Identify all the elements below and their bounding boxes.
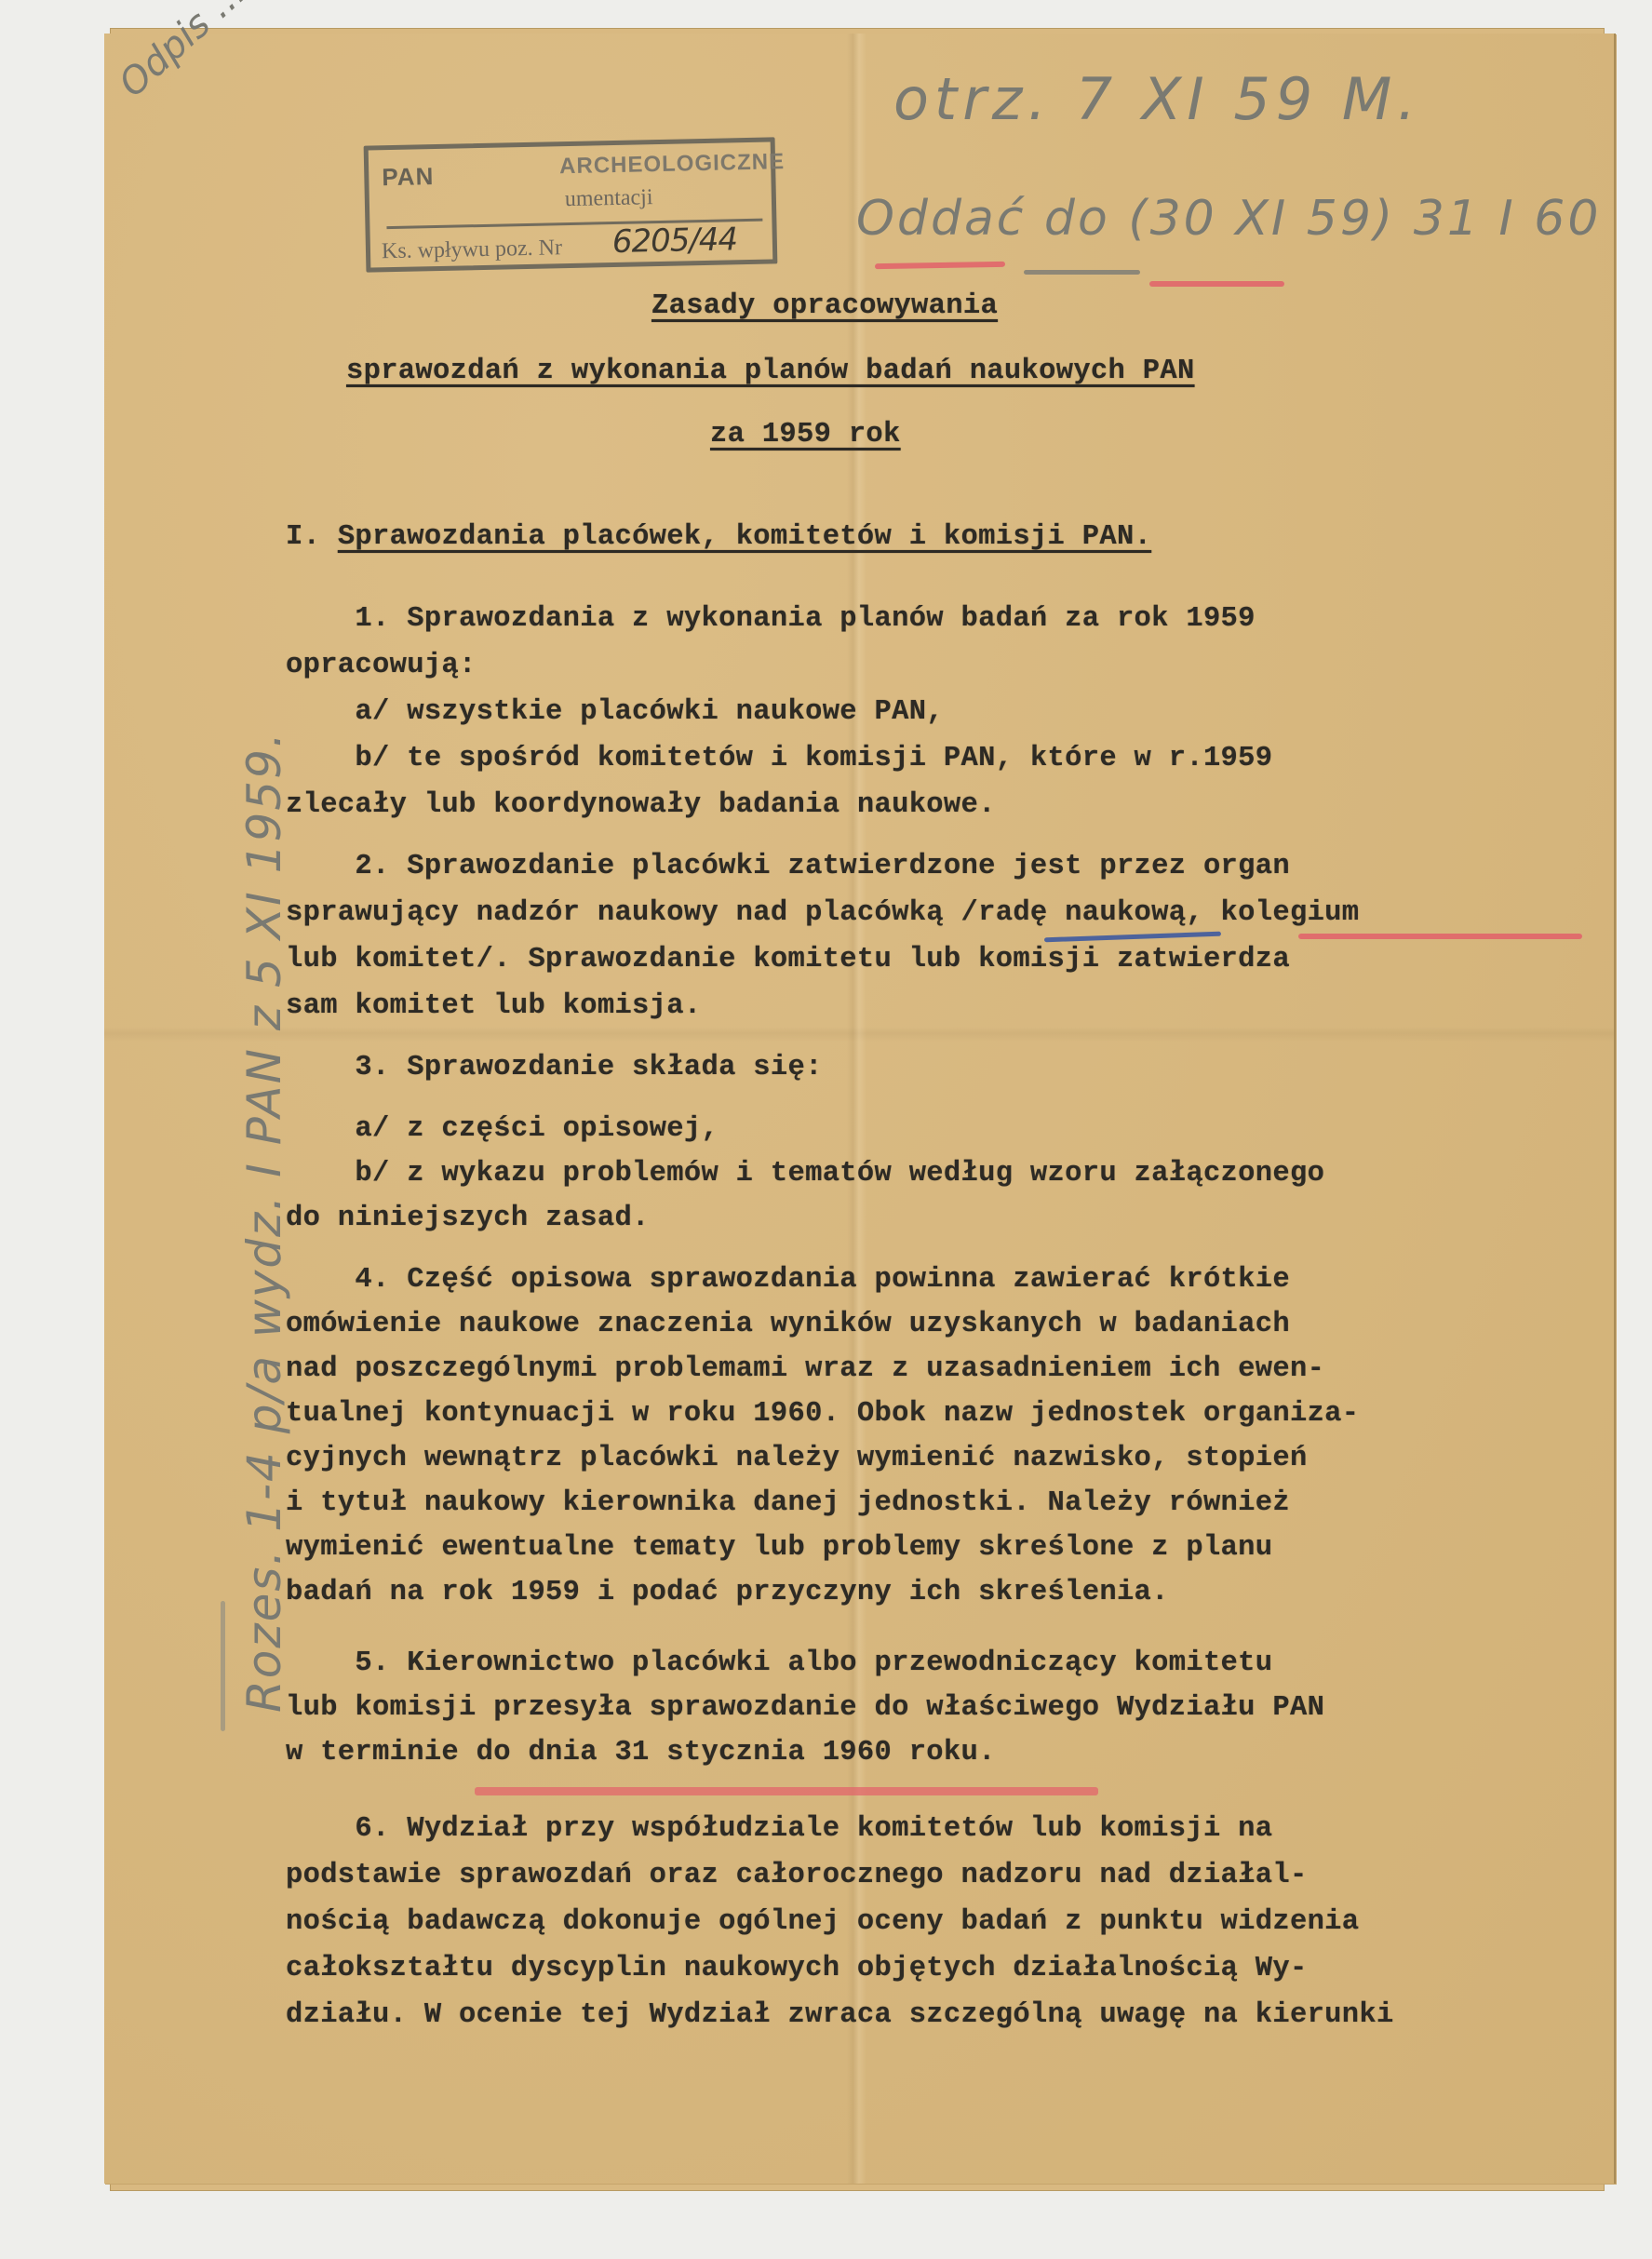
red-underline-deadline [1149,281,1284,287]
pencil-bracket-underline [1024,270,1140,275]
body-line-deadline: w terminie do dnia 31 stycznia 1960 roku… [286,1737,996,1768]
handwritten-received-date: otrz. 7 XI 59 M. [893,65,1421,133]
section-heading: I. Sprawozdania placówek, komitetów i ko… [286,521,1151,553]
body-line: zlecały lub koordynowały badania naukowe… [286,789,996,821]
handwritten-margin-note: Rozes. 1-4 p/a wydz. I PAN z 5 XI 1959. [237,731,291,1713]
pencil-margin-stroke [221,1601,225,1731]
stamp-register-label: Ks. wpływu poz. Nr [382,235,563,264]
body-line: nością badawczą dokonuje ogólnej oceny b… [286,1906,1359,1938]
body-line: b/ z wykazu problemów i tematów według w… [286,1158,1324,1190]
red-underline-kolegium [1298,934,1582,939]
body-line: lub komitet/. Sprawozdanie komitetu lub … [286,944,1290,975]
archive-stamp: PAN ARCHEOLOGICZNE umentacji Ks. wpływu … [364,137,778,272]
title-line-2: sprawozdań z wykonania planów badań nauk… [346,356,1195,387]
body-line: wymienić ewentualne tematy lub problemy … [286,1532,1272,1564]
body-line: cyjnych wewnątrz placówki należy wymieni… [286,1443,1308,1474]
body-line: sprawujący nadzór naukowy nad placówką /… [286,897,1359,929]
body-line: i tytuł naukowy kierownika danej jednost… [286,1487,1290,1519]
body-line: b/ te spośród komitetów i komisji PAN, k… [286,743,1272,774]
body-line: podstawie sprawozdań oraz całorocznego n… [286,1860,1308,1891]
body-line: 4. Część opisowa sprawozdania powinna za… [286,1264,1290,1296]
section-number: I. [286,521,320,553]
body-line: omówienie naukowe znaczenia wyników uzys… [286,1309,1290,1340]
body-line: 5. Kierownictwo placówki albo przewodnic… [286,1647,1272,1679]
body-line: całokształtu dyscyplin naukowych objętyc… [286,1953,1308,1984]
body-line: nad poszczególnymi problemami wraz z uza… [286,1353,1324,1385]
body-line: a/ z części opisowej, [286,1113,719,1145]
body-line: badań na rok 1959 i podać przyczyny ich … [286,1577,1169,1608]
stamp-institution: PAN [382,162,435,192]
body-line: 3. Sprawozdanie składa się: [286,1052,823,1083]
section-title: Sprawozdania placówek, komitetów i komis… [338,521,1151,553]
body-line: lub komisji przesyła sprawozdanie do wła… [286,1692,1324,1724]
body-line: opracowują: [286,650,477,681]
red-underline-deadline-date [475,1787,1098,1795]
stamp-department: ARCHEOLOGICZNE [559,149,786,180]
title-line-3: za 1959 rok [710,419,901,450]
body-line: tualnej kontynuacji w roku 1960. Obok na… [286,1398,1359,1430]
body-line: 1. Sprawozdania z wykonania planów badań… [286,603,1256,635]
body-line: 6. Wydział przy współudziale komitetów l… [286,1813,1272,1845]
body-line: sam komitet lub komisja. [286,990,701,1022]
stamp-register-number: 6205/44 [611,221,737,261]
handwritten-deadline-note: Oddać do (30 XI 59) 31 I 60 [856,191,1601,247]
body-line: działu. W ocenie tej Wydział zwraca szcz… [286,1999,1394,2031]
title-line-1: Zasady opracowywania [651,290,998,322]
body-line: 2. Sprawozdanie placówki zatwierdzone je… [286,851,1290,882]
stamp-subtitle: umentacji [565,185,653,212]
body-line: do niniejszych zasad. [286,1203,650,1234]
body-line: a/ wszystkie placówki naukowe PAN, [286,696,944,728]
